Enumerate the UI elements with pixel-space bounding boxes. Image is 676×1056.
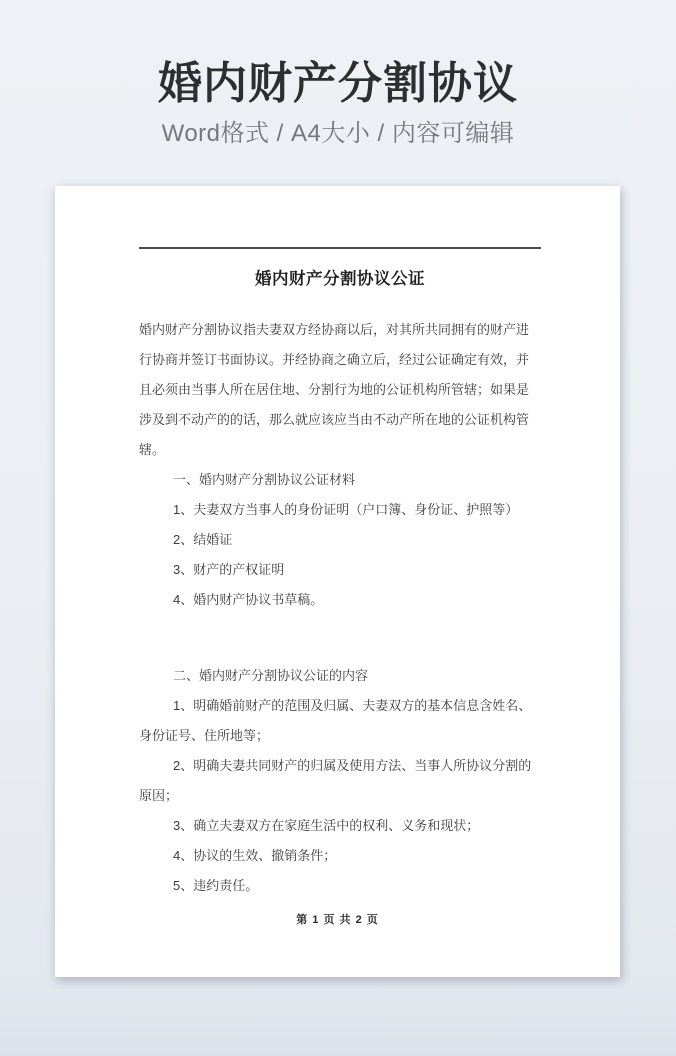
template-format-subtitle: Word格式 / A4大小 / 内容可编辑: [0, 120, 676, 148]
template-banner: 婚内财产分割协议 Word格式 / A4大小 / 内容可编辑: [0, 0, 676, 148]
document-paragraph: 婚内财产分割协议指夫妻双方经协商以后，对其所共同拥有的财产进 行协商并签订书面协…: [139, 315, 541, 465]
document-content: 婚内财产分割协议公证 婚内财产分割协议指夫妻双方经协商以后，对其所共同拥有的财产…: [55, 186, 620, 901]
document-paragraph: 2、明确夫妻共同财产的归属及使用方法、当事人所协议分割的 原因；: [139, 751, 541, 811]
document-paragraph: 3、财产的产权证明: [139, 555, 541, 585]
document-paragraph: 4、婚内财产协议书草稿。: [139, 585, 541, 615]
document-paragraph: 2、结婚证: [139, 525, 541, 555]
document-paragraph: 3、确立夫妻双方在家庭生活中的权利、义务和现状；: [139, 811, 541, 841]
document-title: 婚内财产分割协议公证: [139, 264, 541, 294]
document-page-preview: 婚内财产分割协议公证 婚内财产分割协议指夫妻双方经协商以后，对其所共同拥有的财产…: [55, 186, 620, 977]
document-body: 婚内财产分割协议指夫妻双方经协商以后，对其所共同拥有的财产进 行协商并签订书面协…: [139, 315, 541, 901]
page-number-footer: 第 1 页 共 2 页: [55, 913, 620, 927]
document-paragraph: 4、协议的生效、撤销条件；: [139, 841, 541, 871]
document-paragraph: 一、婚内财产分割协议公证材料: [139, 465, 541, 495]
document-paragraph: 5、违约责任。: [139, 871, 541, 901]
header-rule: [139, 247, 541, 249]
template-title: 婚内财产分割协议: [0, 0, 676, 110]
document-paragraph: 二、婚内财产分割协议公证的内容: [139, 661, 541, 691]
document-paragraph: 1、夫妻双方当事人的身份证明（户口簿、身份证、护照等）: [139, 495, 541, 525]
document-paragraph: 1、明确婚前财产的范围及归属、夫妻双方的基本信息含姓名、 身份证号、住所地等；: [139, 691, 541, 751]
